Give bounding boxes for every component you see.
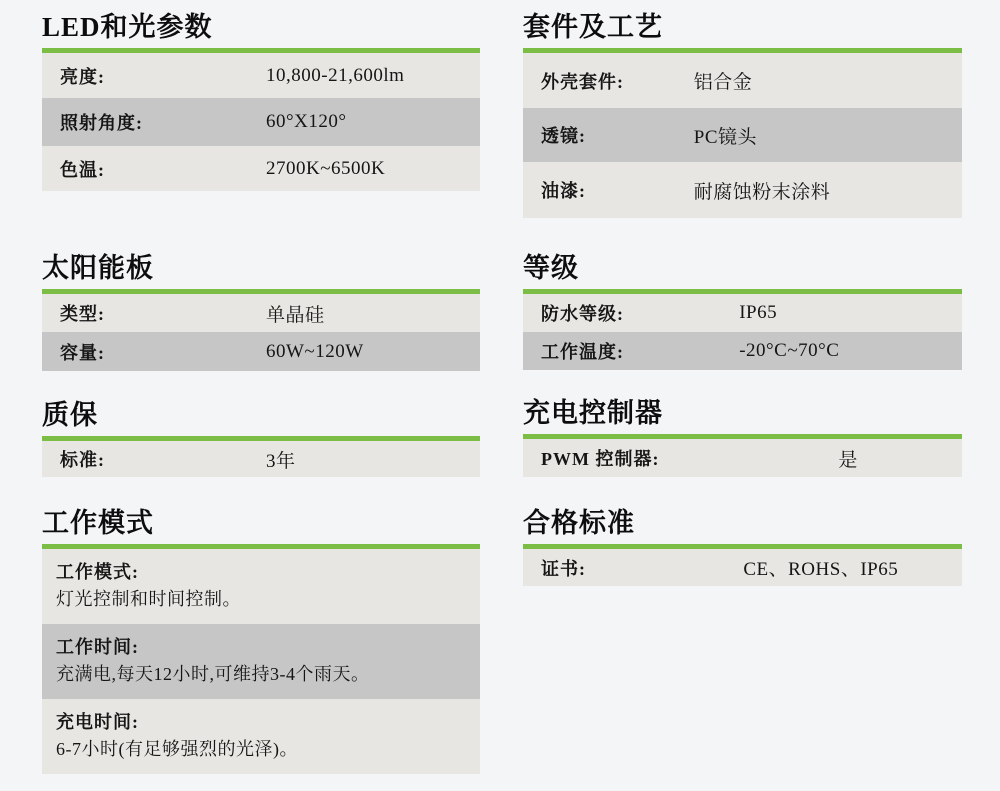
spec-value: PC镜头: [694, 122, 757, 149]
section-kit-craft: 套件及工艺 外壳套件: 铝合金 透镜: PC镜头 油漆: 耐腐蚀粉末涂料: [523, 12, 962, 218]
section-title-rating: 等级: [523, 253, 962, 283]
left-column: LED和光参数 亮度: 10,800-21,600lm 照射角度: 60°X12…: [42, 0, 480, 774]
table-row: 照射角度: 60°X120°: [42, 98, 480, 146]
spec-table-warranty: 标准: 3年: [42, 441, 480, 477]
spec-label: 工作时间:: [56, 634, 466, 661]
spec-label: 工作温度:: [541, 338, 739, 364]
section-rating: 等级 防水等级: IP65 工作温度: -20°C~70°C: [523, 253, 962, 370]
section-charge-controller: 充电控制器 PWM 控制器: 是: [523, 398, 962, 477]
spec-label: 充电时间:: [56, 709, 466, 736]
table-row: 色温: 2700K~6500K: [42, 146, 480, 191]
spec-value: 6-7小时(有足够强烈的光泽)。: [56, 736, 466, 763]
section-title-controller: 充电控制器: [523, 398, 962, 428]
table-row: 证书: CE、ROHS、IP65: [523, 549, 962, 586]
spec-label: 透镜:: [541, 122, 694, 148]
spec-label: PWM 控制器:: [541, 445, 838, 471]
spec-label: 色温:: [60, 156, 266, 182]
spec-value: 灯光控制和时间控制。: [56, 586, 466, 613]
spec-table-led: 亮度: 10,800-21,600lm 照射角度: 60°X120° 色温: 2…: [42, 53, 480, 191]
section-title-workmode: 工作模式: [42, 508, 480, 538]
spec-table-certification: 证书: CE、ROHS、IP65: [523, 549, 962, 586]
table-row: 类型: 单晶硅: [42, 294, 480, 332]
spec-value: 是: [838, 445, 858, 472]
section-led-parameters: LED和光参数 亮度: 10,800-21,600lm 照射角度: 60°X12…: [42, 12, 480, 191]
table-row: 透镜: PC镜头: [523, 108, 962, 162]
spec-label: 外壳套件:: [541, 68, 694, 94]
table-row: 油漆: 耐腐蚀粉末涂料: [523, 162, 962, 218]
table-row: 防水等级: IP65: [523, 294, 962, 332]
spec-table-solar: 类型: 单晶硅 容量: 60W~120W: [42, 294, 480, 371]
spec-table-controller: PWM 控制器: 是: [523, 439, 962, 477]
section-title-solar: 太阳能板: [42, 253, 480, 283]
spec-value: 10,800-21,600lm: [266, 65, 404, 87]
table-row: 工作温度: -20°C~70°C: [523, 332, 962, 370]
spec-value: 充满电,每天12小时,可维持3-4个雨天。: [56, 661, 466, 688]
spec-label: 证书:: [541, 555, 743, 581]
section-title-certification: 合格标准: [523, 508, 962, 538]
right-column: 套件及工艺 外壳套件: 铝合金 透镜: PC镜头 油漆: 耐腐蚀粉末涂料 等级 …: [523, 0, 962, 586]
spec-label: 容量:: [60, 339, 266, 365]
spec-value: 3年: [266, 446, 296, 473]
spec-value: CE、ROHS、IP65: [743, 554, 898, 581]
section-warranty: 质保 标准: 3年: [42, 400, 480, 477]
spec-label: 标准:: [60, 446, 266, 472]
spec-value: 铝合金: [694, 67, 753, 94]
spec-value: 耐腐蚀粉末涂料: [694, 177, 831, 204]
table-row: 工作时间: 充满电,每天12小时,可维持3-4个雨天。: [42, 624, 480, 699]
spec-value: 60°X120°: [266, 111, 346, 133]
spec-value: IP65: [739, 302, 777, 324]
spec-label: 防水等级:: [541, 300, 739, 326]
table-row: 充电时间: 6-7小时(有足够强烈的光泽)。: [42, 699, 480, 774]
table-row: 容量: 60W~120W: [42, 332, 480, 371]
spec-label: 工作模式:: [56, 559, 466, 586]
section-title-warranty: 质保: [42, 400, 480, 430]
spec-table-kit: 外壳套件: 铝合金 透镜: PC镜头 油漆: 耐腐蚀粉末涂料: [523, 53, 962, 218]
spec-value: 单晶硅: [266, 300, 325, 327]
spec-value: 60W~120W: [266, 341, 364, 363]
section-title-kit: 套件及工艺: [523, 12, 962, 42]
section-certification: 合格标准 证书: CE、ROHS、IP65: [523, 508, 962, 586]
spec-table-workmode: 工作模式: 灯光控制和时间控制。 工作时间: 充满电,每天12小时,可维持3-4…: [42, 549, 480, 774]
spec-label: 油漆:: [541, 177, 694, 203]
spec-table-rating: 防水等级: IP65 工作温度: -20°C~70°C: [523, 294, 962, 370]
spec-value: 2700K~6500K: [266, 158, 385, 180]
table-row: 亮度: 10,800-21,600lm: [42, 53, 480, 98]
spec-value: -20°C~70°C: [739, 340, 839, 362]
section-title-led: LED和光参数: [42, 12, 480, 42]
spec-label: 照射角度:: [60, 109, 266, 135]
section-solar-panel: 太阳能板 类型: 单晶硅 容量: 60W~120W: [42, 253, 480, 371]
table-row: 工作模式: 灯光控制和时间控制。: [42, 549, 480, 624]
table-row: PWM 控制器: 是: [523, 439, 962, 477]
spec-label: 亮度:: [60, 63, 266, 89]
spec-label: 类型:: [60, 300, 266, 326]
table-row: 标准: 3年: [42, 441, 480, 477]
section-work-mode: 工作模式 工作模式: 灯光控制和时间控制。 工作时间: 充满电,每天12小时,可…: [42, 508, 480, 774]
spec-sheet-page: { "page": { "background": "#f4f5f7", "ac…: [0, 0, 1000, 791]
table-row: 外壳套件: 铝合金: [523, 53, 962, 108]
